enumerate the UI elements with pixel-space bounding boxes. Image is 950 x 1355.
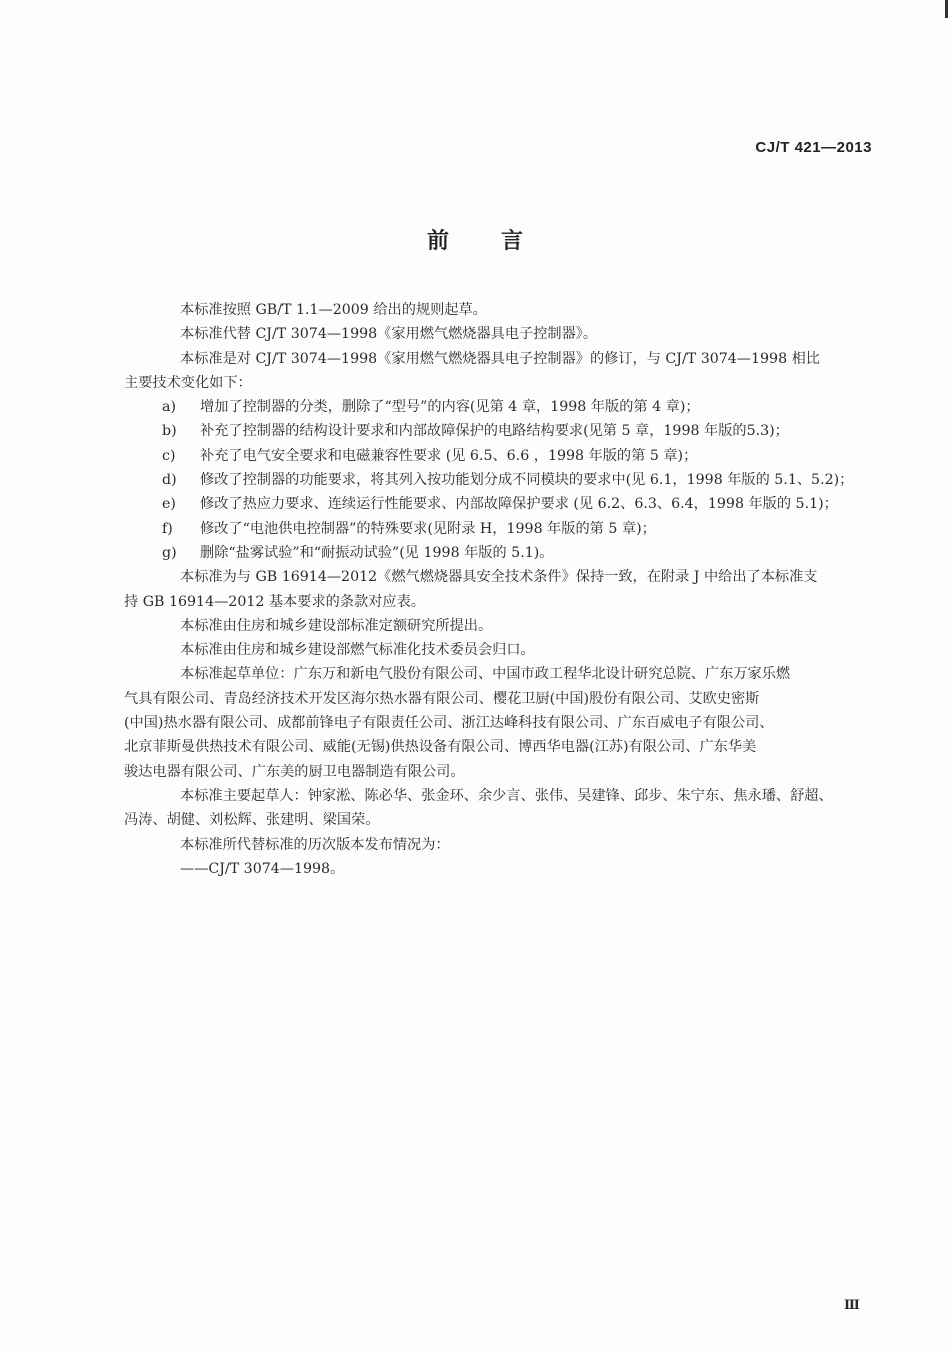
item-label: g) bbox=[152, 541, 200, 565]
item-text: 修改了控制器的功能要求，将其列入按功能划分成不同模块的要求中(见 6.1，199… bbox=[200, 468, 874, 492]
change-item: d)修改了控制器的功能要求，将其列入按功能划分成不同模块的要求中(见 6.1，1… bbox=[152, 468, 874, 492]
paragraph-revision-line1: 本标准是对 CJ/T 3074—1998《家用燃气燃烧器具电子控制器》的修订，与… bbox=[152, 347, 874, 371]
item-label: f) bbox=[152, 517, 200, 541]
item-text: 补充了电气安全要求和电磁兼容性要求 (见 6.5、6.6 ，1998 年版的第 … bbox=[200, 444, 874, 468]
change-item: f)修改了“电池供电控制器”的特殊要求(见附录 H，1998 年版的第 5 章)… bbox=[152, 517, 874, 541]
item-text: 修改了“电池供电控制器”的特殊要求(见附录 H，1998 年版的第 5 章)； bbox=[200, 517, 874, 541]
paragraph-drafting-rules: 本标准按照 GB/T 1.1—2009 给出的规则起草。 bbox=[152, 298, 874, 322]
page-title: 前言 bbox=[0, 224, 950, 255]
item-label: c) bbox=[152, 444, 200, 468]
paragraph-drafting-units-line1: 本标准起草单位：广东万和新电气股份有限公司、中国市政工程华北设计研究总院、广东万… bbox=[152, 662, 874, 686]
paragraph-gb16914-line1: 本标准为与 GB 16914—2012《燃气燃烧器具安全技术条件》保持一致，在附… bbox=[152, 565, 874, 589]
item-text: 增加了控制器的分类，删除了“型号”的内容(见第 4 章，1998 年版的第 4 … bbox=[200, 395, 874, 419]
item-label: e) bbox=[152, 492, 200, 516]
paragraph-revision-line2: 主要技术变化如下： bbox=[124, 371, 874, 395]
change-item: c)补充了电气安全要求和电磁兼容性要求 (见 6.5、6.6 ，1998 年版的… bbox=[152, 444, 874, 468]
item-text: 删除“盐雾试验”和“耐振动试验”(见 1998 年版的 5.1)。 bbox=[200, 541, 874, 565]
item-label: d) bbox=[152, 468, 200, 492]
page-edge-mark bbox=[945, 0, 948, 18]
item-label: b) bbox=[152, 419, 200, 443]
page-number: Ⅲ bbox=[844, 1298, 860, 1313]
paragraph-drafting-units-line5: 骏达电器有限公司、广东美的厨卫电器制造有限公司。 bbox=[124, 760, 874, 784]
change-item: a)增加了控制器的分类，删除了“型号”的内容(见第 4 章，1998 年版的第 … bbox=[152, 395, 874, 419]
paragraph-under-jurisdiction: 本标准由住房和城乡建设部燃气标准化技术委员会归口。 bbox=[152, 638, 874, 662]
paragraph-drafting-units-line2: 气具有限公司、青岛经济技术开发区海尔热水器有限公司、樱花卫厨(中国)股份有限公司… bbox=[124, 687, 874, 711]
change-item: e)修改了热应力要求、连续运行性能要求、内部故障保护要求 (见 6.2、6.3、… bbox=[152, 492, 874, 516]
change-item: b)补充了控制器的结构设计要求和内部故障保护的电路结构要求(见第 5 章，199… bbox=[152, 419, 874, 443]
paragraph-drafting-units-line4: 北京菲斯曼供热技术有限公司、威能(无锡)供热设备有限公司、博西华电器(江苏)有限… bbox=[124, 735, 874, 759]
paragraph-drafting-units-line3: (中国)热水器有限公司、成都前锋电子有限责任公司、浙江达峰科技有限公司、广东百威… bbox=[124, 711, 874, 735]
paragraph-proposed-by: 本标准由住房和城乡建设部标准定额研究所提出。 bbox=[152, 614, 874, 638]
item-text: 补充了控制器的结构设计要求和内部故障保护的电路结构要求(见第 5 章，1998 … bbox=[200, 419, 874, 443]
item-label: a) bbox=[152, 395, 200, 419]
paragraph-drafters-line2: 冯涛、胡健、刘松辉、张建明、梁国荣。 bbox=[124, 808, 874, 832]
paragraph-drafters-line1: 本标准主要起草人：钟家淞、陈必华、张金环、余少言、张伟、吴建锋、邱步、朱宁东、焦… bbox=[152, 784, 874, 808]
paragraph-replaces: 本标准代替 CJ/T 3074—1998《家用燃气燃烧器具电子控制器》。 bbox=[152, 322, 874, 346]
standard-number: CJ/T 421—2013 bbox=[755, 139, 872, 156]
document-page: CJ/T 421—2013 前言 本标准按照 GB/T 1.1—2009 给出的… bbox=[0, 0, 950, 1355]
item-text: 修改了热应力要求、连续运行性能要求、内部故障保护要求 (见 6.2、6.3、6.… bbox=[200, 492, 874, 516]
paragraph-history-item: ——CJ/T 3074—1998。 bbox=[152, 857, 874, 881]
paragraph-gb16914-line2: 持 GB 16914—2012 基本要求的条款对应表。 bbox=[124, 590, 874, 614]
paragraph-history-intro: 本标准所代替标准的历次版本发布情况为： bbox=[152, 833, 874, 857]
change-item: g)删除“盐雾试验”和“耐振动试验”(见 1998 年版的 5.1)。 bbox=[152, 541, 874, 565]
foreword-body: 本标准按照 GB/T 1.1—2009 给出的规则起草。 本标准代替 CJ/T … bbox=[152, 298, 874, 881]
